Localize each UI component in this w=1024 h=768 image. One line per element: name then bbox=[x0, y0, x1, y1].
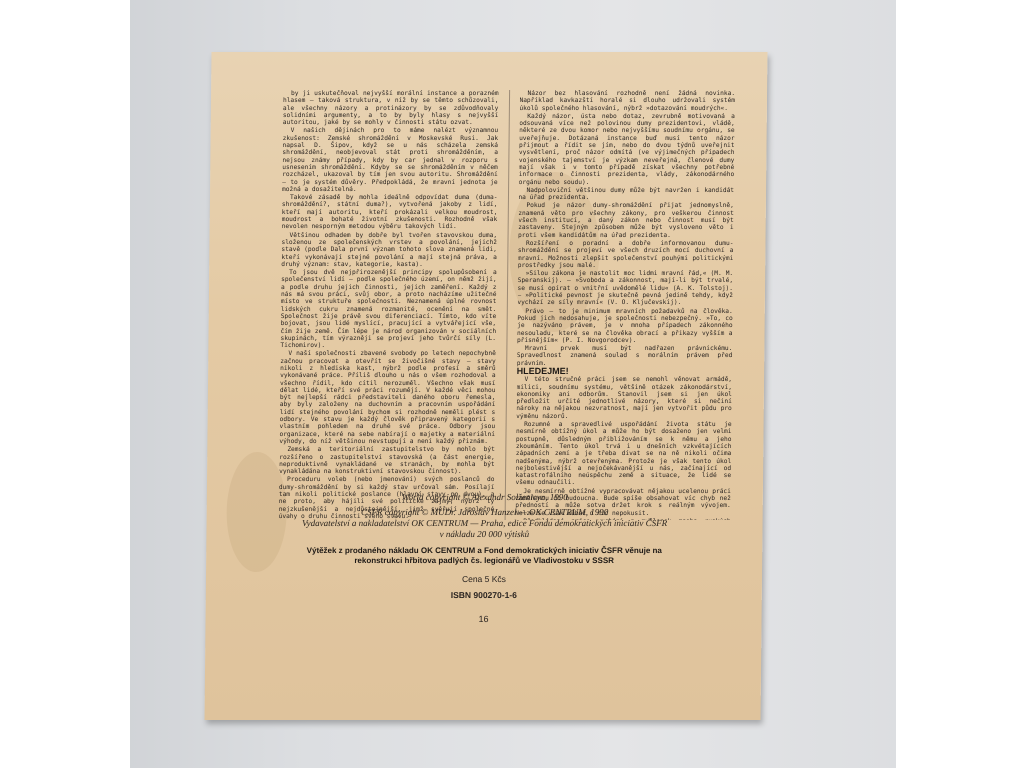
column-divider bbox=[504, 90, 510, 520]
price: Cena 5 Kčs bbox=[206, 574, 762, 584]
colophon: World copyright © Alexandr Solženicyn, 1… bbox=[206, 492, 763, 624]
table-surface-right bbox=[896, 0, 1024, 768]
paragraph: Mravní prvek musí být nadřazen právnické… bbox=[517, 345, 733, 367]
isbn: ISBN 900270-1-6 bbox=[206, 590, 762, 600]
paragraph: Názor bez hlasování rozhodně není žádná … bbox=[519, 90, 735, 112]
paragraph: V našich dějinách pro to máme nalézt výz… bbox=[282, 127, 498, 193]
page-number: 16 bbox=[206, 614, 762, 624]
publisher-line: Vydavatelství a nakladatelství OK CENTRU… bbox=[207, 518, 763, 529]
paragraph: To jsou dvě nejpřirozenější principy spo… bbox=[280, 269, 496, 349]
proceeds-line-2: rekonstrukci hřbitova padlých čs. legion… bbox=[206, 556, 762, 566]
paragraph: V naší společnosti zbavené svobody po le… bbox=[279, 350, 495, 445]
paragraph: Většinou odhadem by dobře byl tvořen sta… bbox=[281, 232, 497, 268]
csfr-copyright: CSFR copyright © MUDr. Jaroslav Hanzel —… bbox=[207, 507, 763, 518]
paragraph: Rozšíření o poradní a dobře informovanou… bbox=[518, 240, 734, 269]
right-column: Názor bez hlasování rozhodně není žádná … bbox=[515, 90, 735, 520]
paragraph: Nadpoloviční většinou dumy může být navr… bbox=[518, 187, 734, 202]
printed-page: by ji uskutečňoval nejvyšší morální inst… bbox=[205, 52, 768, 720]
section-heading: HLEDEJME! bbox=[517, 368, 733, 375]
paragraph: Každý názor, ústa nebo dotaz, zevrubně m… bbox=[519, 113, 735, 186]
paragraph: Zemská a teritoriální zastupitelstvo by … bbox=[279, 446, 495, 475]
paragraph: Pokud je názor dumy-shromáždění přijat j… bbox=[518, 202, 734, 238]
paragraph: Rozumné a spravedlivé uspořádání života … bbox=[515, 421, 731, 487]
proceeds-line-1: Výtěžek z prodaného nákladu OK CENTRUM a… bbox=[206, 546, 762, 556]
text-columns: by ji uskutečňoval nejvyšší morální inst… bbox=[279, 90, 736, 520]
world-copyright: World copyright © Alexandr Solženicyn, 1… bbox=[207, 492, 763, 503]
paragraph: by ji uskutečňoval nejvyšší morální inst… bbox=[283, 90, 499, 126]
print-run: v nákladu 20 000 výtisků bbox=[206, 529, 762, 540]
paragraph: Právo — to je minimum mravních požadavků… bbox=[517, 308, 733, 344]
paragraph: Takové zásadě by mohla ideálně odpovídat… bbox=[282, 194, 498, 230]
table-surface-left bbox=[0, 0, 130, 768]
paragraph: »Silou zákona je nastolit moc lidmi mrav… bbox=[517, 270, 733, 306]
paragraph: V této stručné práci jsem se nemohl věno… bbox=[516, 376, 732, 420]
left-column: by ji uskutečňoval nejvyšší morální inst… bbox=[279, 90, 499, 520]
